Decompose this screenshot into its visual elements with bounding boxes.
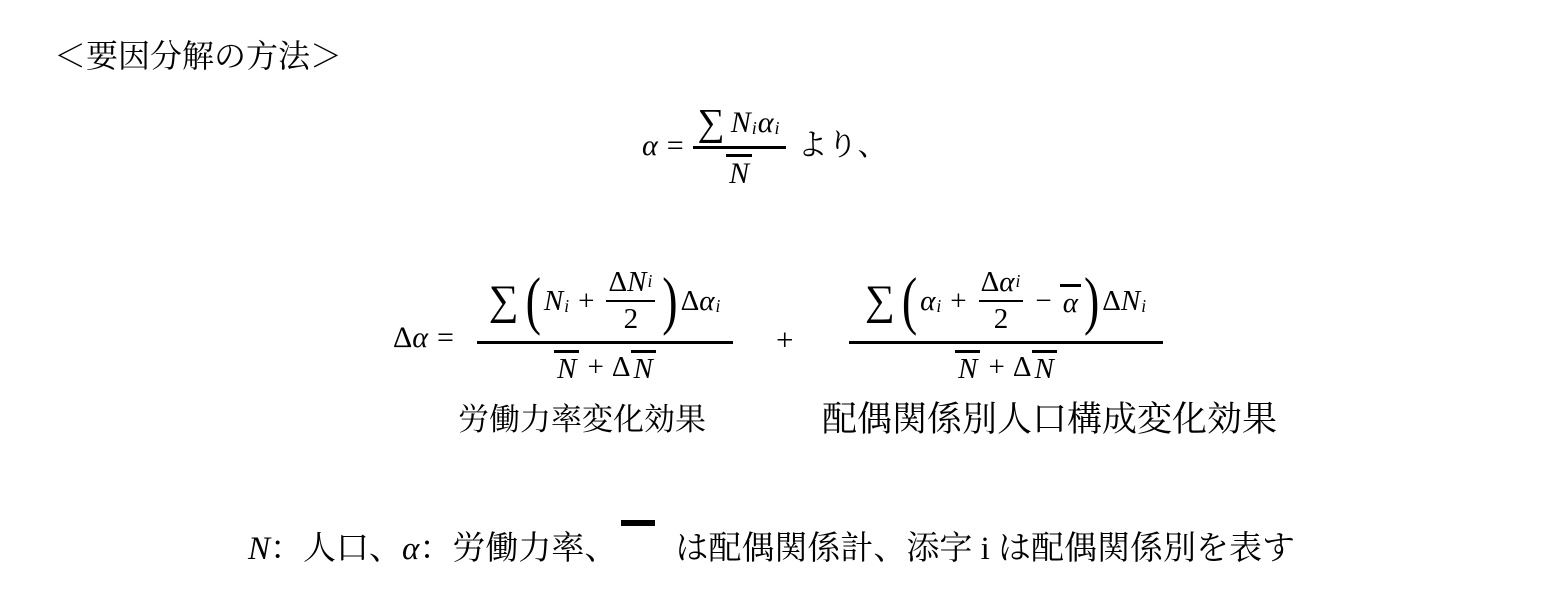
plus-sign: + — [587, 353, 603, 382]
legend-text: は配偶関係計、添字 i は配偶関係別を表す — [675, 531, 1295, 567]
variable-alpha: α — [999, 268, 1014, 297]
overline-N: N — [955, 350, 980, 384]
summation-symbol: ∑ — [698, 104, 725, 142]
overline-N: N — [554, 350, 579, 384]
right-paren: ) — [662, 269, 677, 333]
variable-N: N — [958, 353, 977, 385]
formula-tail-text: より、 — [798, 131, 888, 161]
overline-symbol — [621, 520, 655, 526]
inner-fraction-numerator: ΔNi — [606, 268, 655, 302]
legend-text: ：人口、 — [270, 531, 402, 567]
variable-N: N — [1121, 287, 1140, 316]
subscript-i: i — [564, 298, 569, 315]
variable-N: N — [729, 157, 749, 190]
number-two: 2 — [624, 303, 639, 335]
delta-symbol: Δ — [393, 323, 412, 353]
labor-force-rate-term-fraction: ∑ ( Ni + ΔNi 2 ) Δαi N + ΔN — [477, 268, 733, 384]
number-two: 2 — [994, 303, 1009, 335]
summation-symbol: ∑ — [489, 280, 519, 322]
formula-alpha-definition: α = ∑ Ni αi N より、 — [642, 102, 888, 189]
variable-alpha: α — [758, 108, 774, 138]
plus-sign: + — [776, 324, 793, 355]
alpha-fraction-numerator: ∑ Ni αi — [693, 102, 786, 149]
document-page: ＜要因分解の方法＞ α = ∑ Ni αi N より、 Δα = ∑ ( Ni … — [0, 0, 1552, 602]
plus-sign: + — [950, 287, 966, 316]
delta-symbol: Δ — [1102, 287, 1121, 316]
overline-N: N — [726, 154, 752, 189]
right-paren: ) — [1084, 269, 1099, 333]
alpha-fraction: ∑ Ni αi N — [693, 102, 786, 189]
subscript-i: i — [1141, 298, 1146, 315]
decomposition-lhs: Δα = — [393, 323, 463, 353]
subscript-i: i — [647, 273, 652, 302]
marital-composition-term-fraction: ∑ ( αi + Δαi 2 − α ) ΔNi N + ΔN — [849, 268, 1163, 384]
delta-symbol: Δ — [681, 287, 700, 316]
label-labor-force-rate-effect: 労働力率変化効果 — [458, 394, 706, 439]
delta-symbol: Δ — [612, 353, 631, 382]
inner-fraction-denominator: 2 — [994, 305, 1009, 334]
variable-N: N — [248, 531, 270, 567]
variable-N: N — [731, 108, 751, 138]
term2-denominator: N + ΔN — [955, 350, 1057, 384]
legend-text: ：労働力率、 — [419, 531, 617, 567]
variable-alpha: α — [699, 287, 714, 316]
delta-symbol: Δ — [981, 268, 1000, 297]
subscript-i: i — [775, 119, 780, 137]
plus-sign: + — [578, 287, 594, 316]
subscript-i: i — [1016, 273, 1021, 302]
inner-fraction-numerator: Δαi — [979, 268, 1024, 302]
left-paren: ( — [526, 269, 541, 333]
subscript-i: i — [936, 298, 941, 315]
overline-N: N — [631, 350, 656, 384]
plus-sign: + — [988, 353, 1004, 382]
delta-symbol: Δ — [608, 268, 627, 297]
variable-N: N — [634, 353, 653, 385]
overline-N: N — [1032, 350, 1057, 384]
left-paren: ( — [902, 269, 917, 333]
variable-N: N — [1035, 353, 1054, 385]
variable-alpha: α — [920, 287, 935, 316]
inner-fraction: Δαi 2 — [979, 268, 1024, 334]
alpha-fraction-denominator: N — [726, 154, 752, 189]
variable-N: N — [627, 268, 646, 297]
variable-alpha: α — [402, 531, 419, 567]
inner-fraction: ΔNi 2 — [606, 268, 655, 334]
overline-alpha: α — [1060, 284, 1081, 318]
variable-legend: N：人口、α：労働力率、は配偶関係計、添字 i は配偶関係別を表す — [248, 520, 1295, 569]
subscript-i: i — [716, 298, 721, 315]
equals-sign: = — [437, 323, 454, 353]
summation-symbol: ∑ — [865, 280, 895, 322]
variable-N: N — [557, 353, 576, 385]
subscript-i: i — [752, 119, 757, 137]
variable-alpha: α — [1063, 287, 1078, 319]
term1-denominator: N + ΔN — [554, 350, 656, 384]
inner-fraction-denominator: 2 — [624, 305, 639, 334]
equals-sign: = — [667, 131, 684, 161]
term1-numerator: ∑ ( Ni + ΔNi 2 ) Δαi — [477, 268, 733, 344]
minus-sign: − — [1035, 287, 1051, 316]
page-title: ＜要因分解の方法＞ — [54, 31, 342, 77]
term2-numerator: ∑ ( αi + Δαi 2 − α ) ΔNi — [849, 268, 1163, 344]
label-marital-composition-effect: 配偶関係別人口構成変化効果 — [822, 392, 1277, 442]
delta-symbol: Δ — [1013, 353, 1032, 382]
alpha-symbol: α — [642, 131, 658, 161]
variable-alpha: α — [412, 323, 428, 353]
variable-N: N — [544, 287, 563, 316]
